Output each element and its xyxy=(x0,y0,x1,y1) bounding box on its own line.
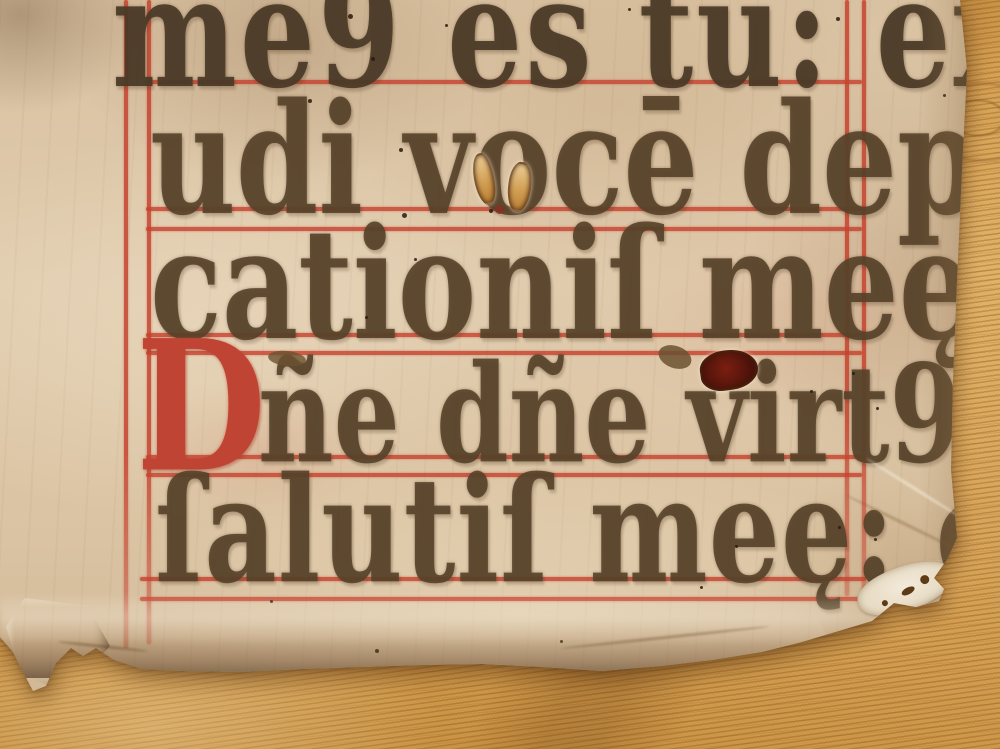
ink-speck xyxy=(810,390,813,393)
ink-speck xyxy=(365,316,368,319)
parchment-crease xyxy=(560,625,769,650)
ink-speck xyxy=(852,372,855,375)
ink-speck xyxy=(399,148,403,152)
ink-speck xyxy=(371,57,375,61)
ink-speck xyxy=(876,407,879,410)
ink-speck xyxy=(735,545,738,548)
ink-speck xyxy=(414,258,417,261)
wormhole xyxy=(900,585,916,598)
ink-speck xyxy=(308,99,312,103)
ink-speck xyxy=(402,213,407,218)
ink-speck xyxy=(270,600,273,603)
ink-speck xyxy=(836,17,840,21)
ink-speck xyxy=(943,94,946,97)
wormhole xyxy=(881,599,889,607)
red-stain-dot xyxy=(495,205,504,214)
parchment-page: me9 es tu: exa udi vocē depre cationiſ m… xyxy=(0,0,1000,749)
photograph: me9 es tu: exa udi vocē depre cationiſ m… xyxy=(0,0,1000,749)
ink-speck xyxy=(445,24,448,27)
ink-speck xyxy=(489,209,493,213)
ink-speck xyxy=(838,526,841,529)
ink-speck xyxy=(348,14,353,19)
ink-speck xyxy=(560,640,563,643)
ink-speck xyxy=(874,538,877,541)
ink-speck xyxy=(628,8,631,11)
manuscript-leaf: me9 es tu: exa udi vocē depre cationiſ m… xyxy=(0,0,1000,749)
ink-speck xyxy=(375,649,379,653)
ink-speck xyxy=(957,570,960,573)
wormhole xyxy=(919,574,931,586)
ink-speck xyxy=(700,586,703,589)
